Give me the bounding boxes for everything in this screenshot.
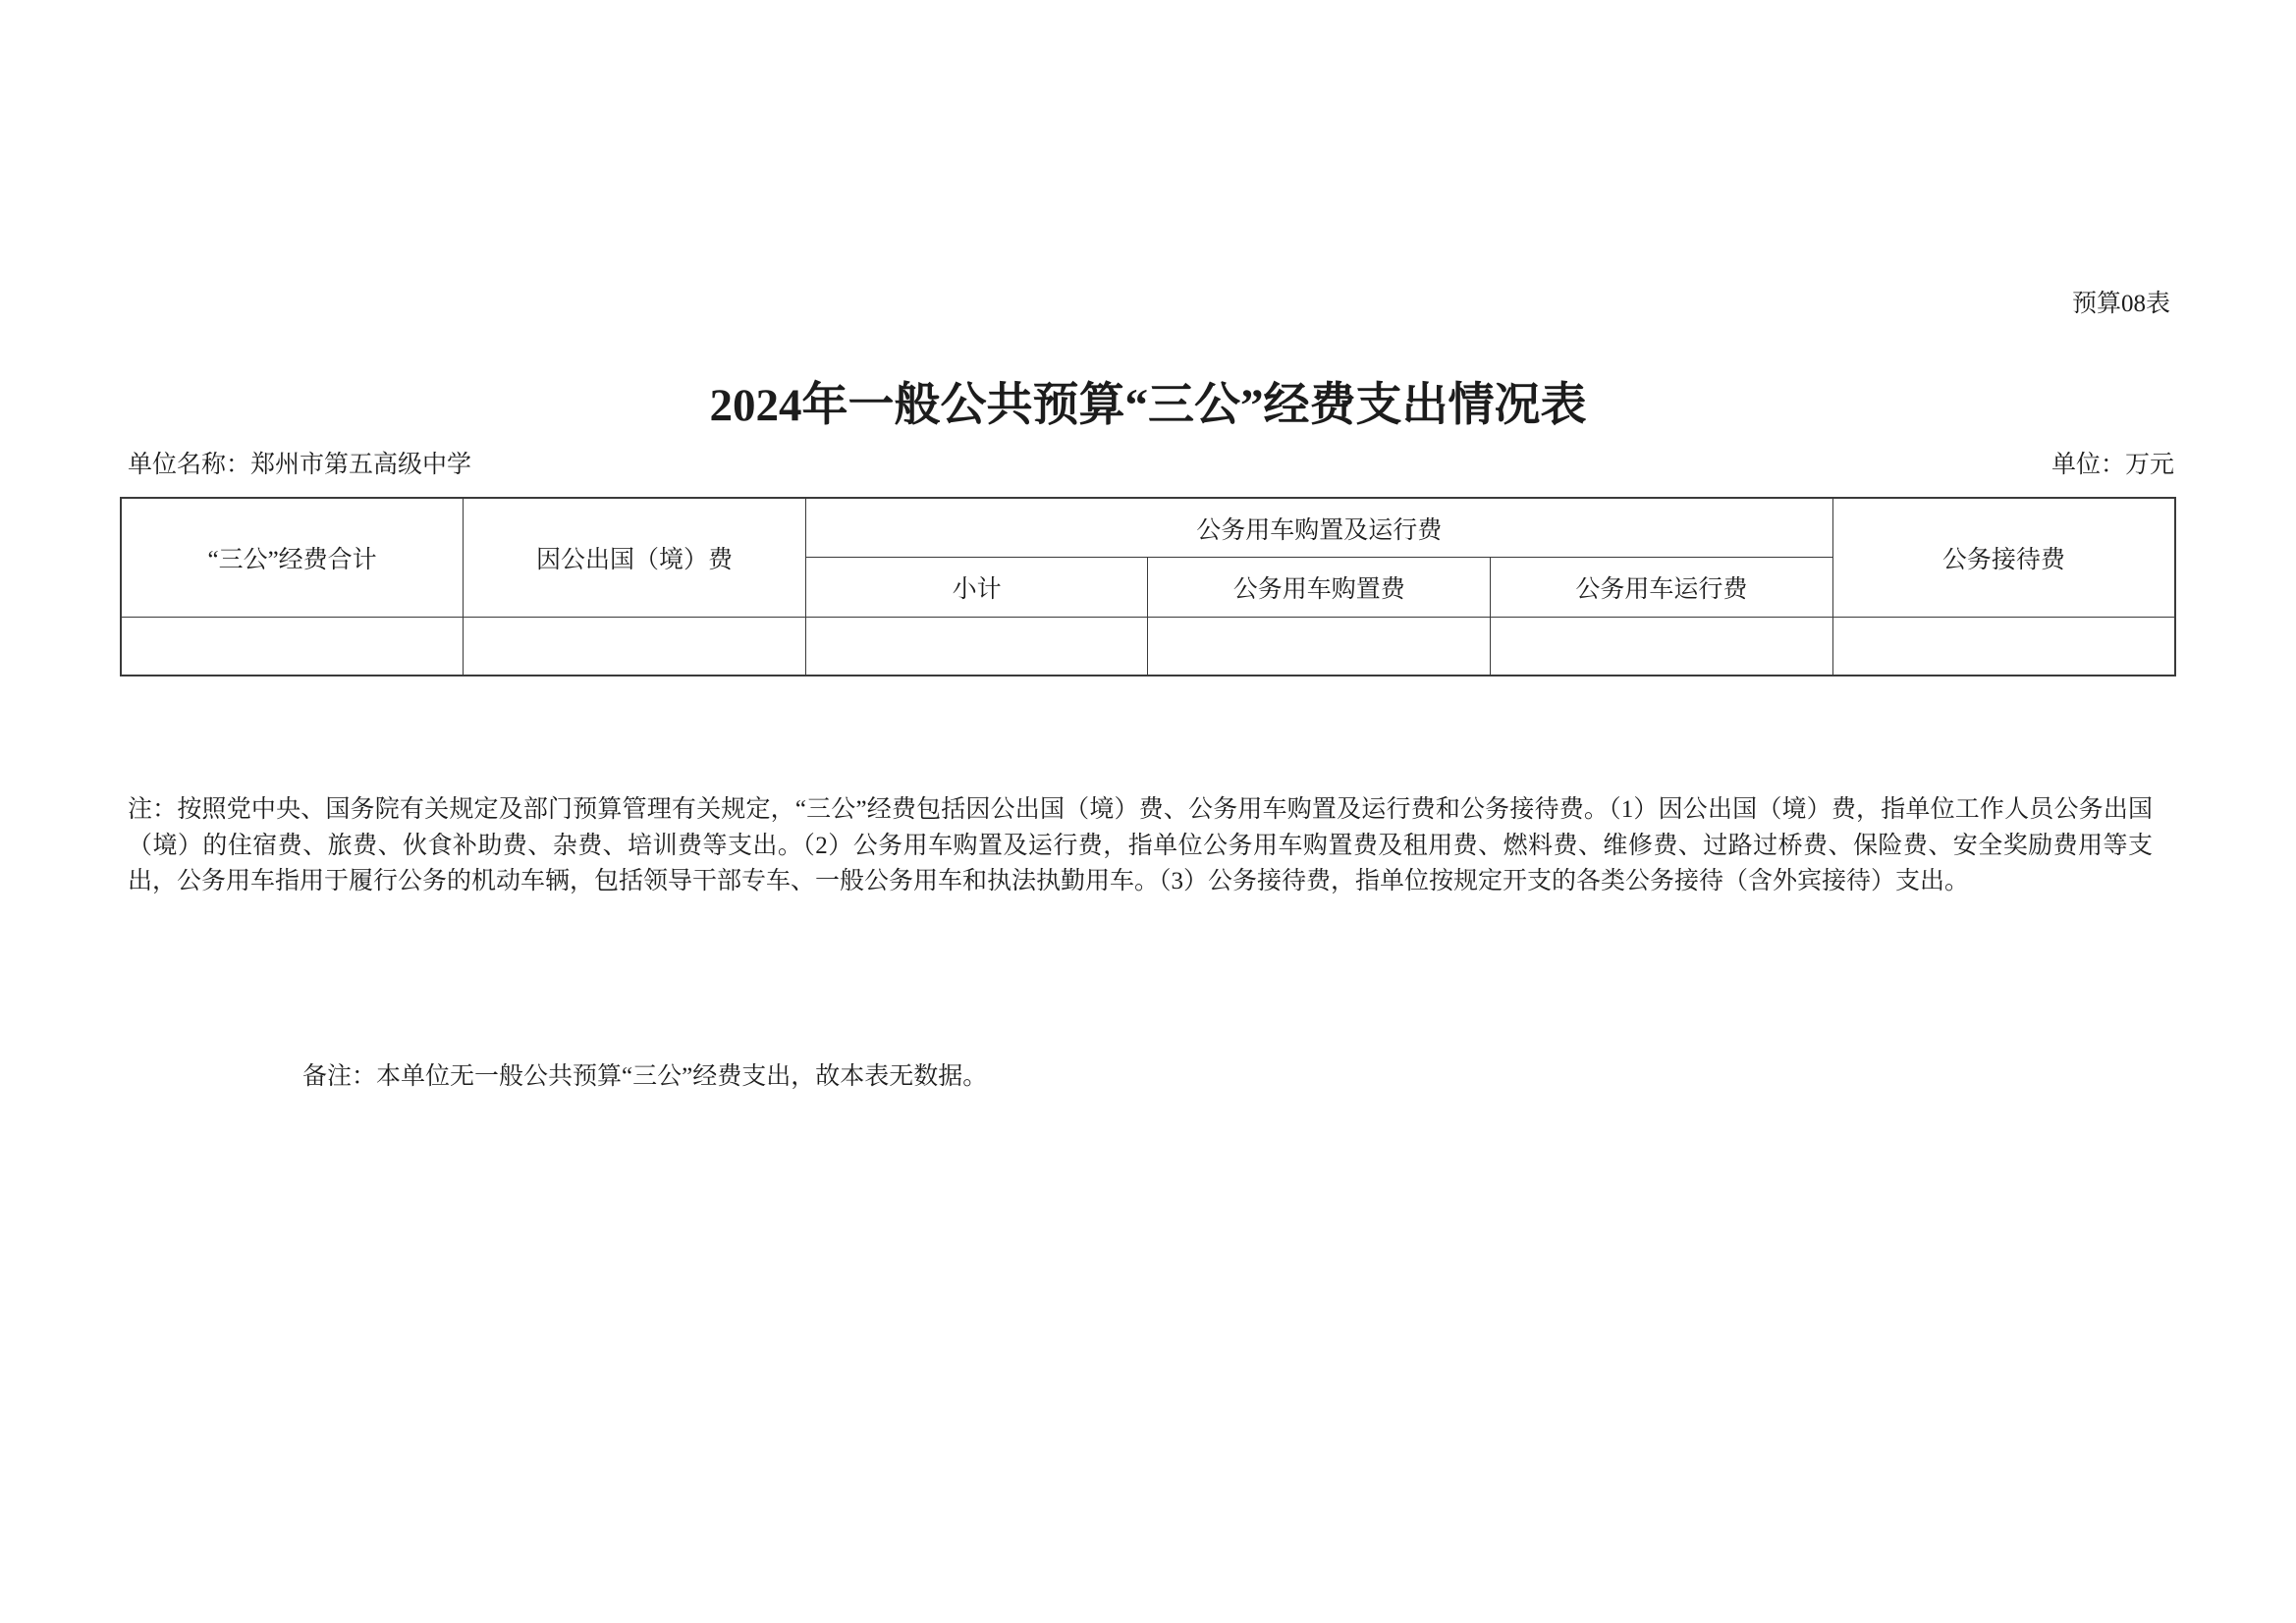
- header-cell-total: “三公”经费合计: [121, 498, 464, 618]
- budget-document-page: 预算08表 2024年一般公共预算“三公”经费支出情况表 单位名称：郑州市第五高…: [0, 0, 2296, 1623]
- data-cell-reception: [1832, 618, 2175, 676]
- data-cell-total: [121, 618, 464, 676]
- header-cell-reception: 公务接待费: [1832, 498, 2175, 618]
- header-cell-vehicle-subtotal: 小计: [805, 558, 1148, 618]
- table-data-row: [121, 618, 2175, 676]
- header-cell-vehicle-purchase: 公务用车购置费: [1148, 558, 1491, 618]
- three-public-expense-table: “三公”经费合计 因公出国（境）费 公务用车购置及运行费 公务接待费 小计 公务…: [120, 497, 2176, 676]
- data-cell-vehicle-subtotal: [805, 618, 1148, 676]
- header-cell-vehicle-group: 公务用车购置及运行费: [805, 498, 1832, 558]
- remark-no-data: 备注：本单位无一般公共预算“三公”经费支出，故本表无数据。: [302, 1059, 987, 1095]
- data-cell-vehicle-purchase: [1148, 618, 1491, 676]
- header-cell-vehicle-operation: 公务用车运行费: [1491, 558, 1833, 618]
- data-cell-vehicle-operation: [1491, 618, 1833, 676]
- unit-info-row: 单位名称：郑州市第五高级中学 单位：万元: [128, 450, 2174, 481]
- table-header-row-1: “三公”经费合计 因公出国（境）费 公务用车购置及运行费 公务接待费: [121, 498, 2175, 558]
- data-cell-abroad: [464, 618, 806, 676]
- explanatory-note: 注：按照党中央、国务院有关规定及部门预算管理有关规定，“三公”经费包括因公出国（…: [128, 792, 2153, 900]
- header-cell-abroad: 因公出国（境）费: [464, 498, 806, 618]
- unit-of-measure-label: 单位：万元: [2051, 450, 2174, 481]
- unit-name-label: 单位名称：郑州市第五高级中学: [128, 450, 471, 481]
- page-title: 2024年一般公共预算“三公”经费支出情况表: [120, 376, 2176, 435]
- sheet-number-label: 预算08表: [2072, 289, 2170, 320]
